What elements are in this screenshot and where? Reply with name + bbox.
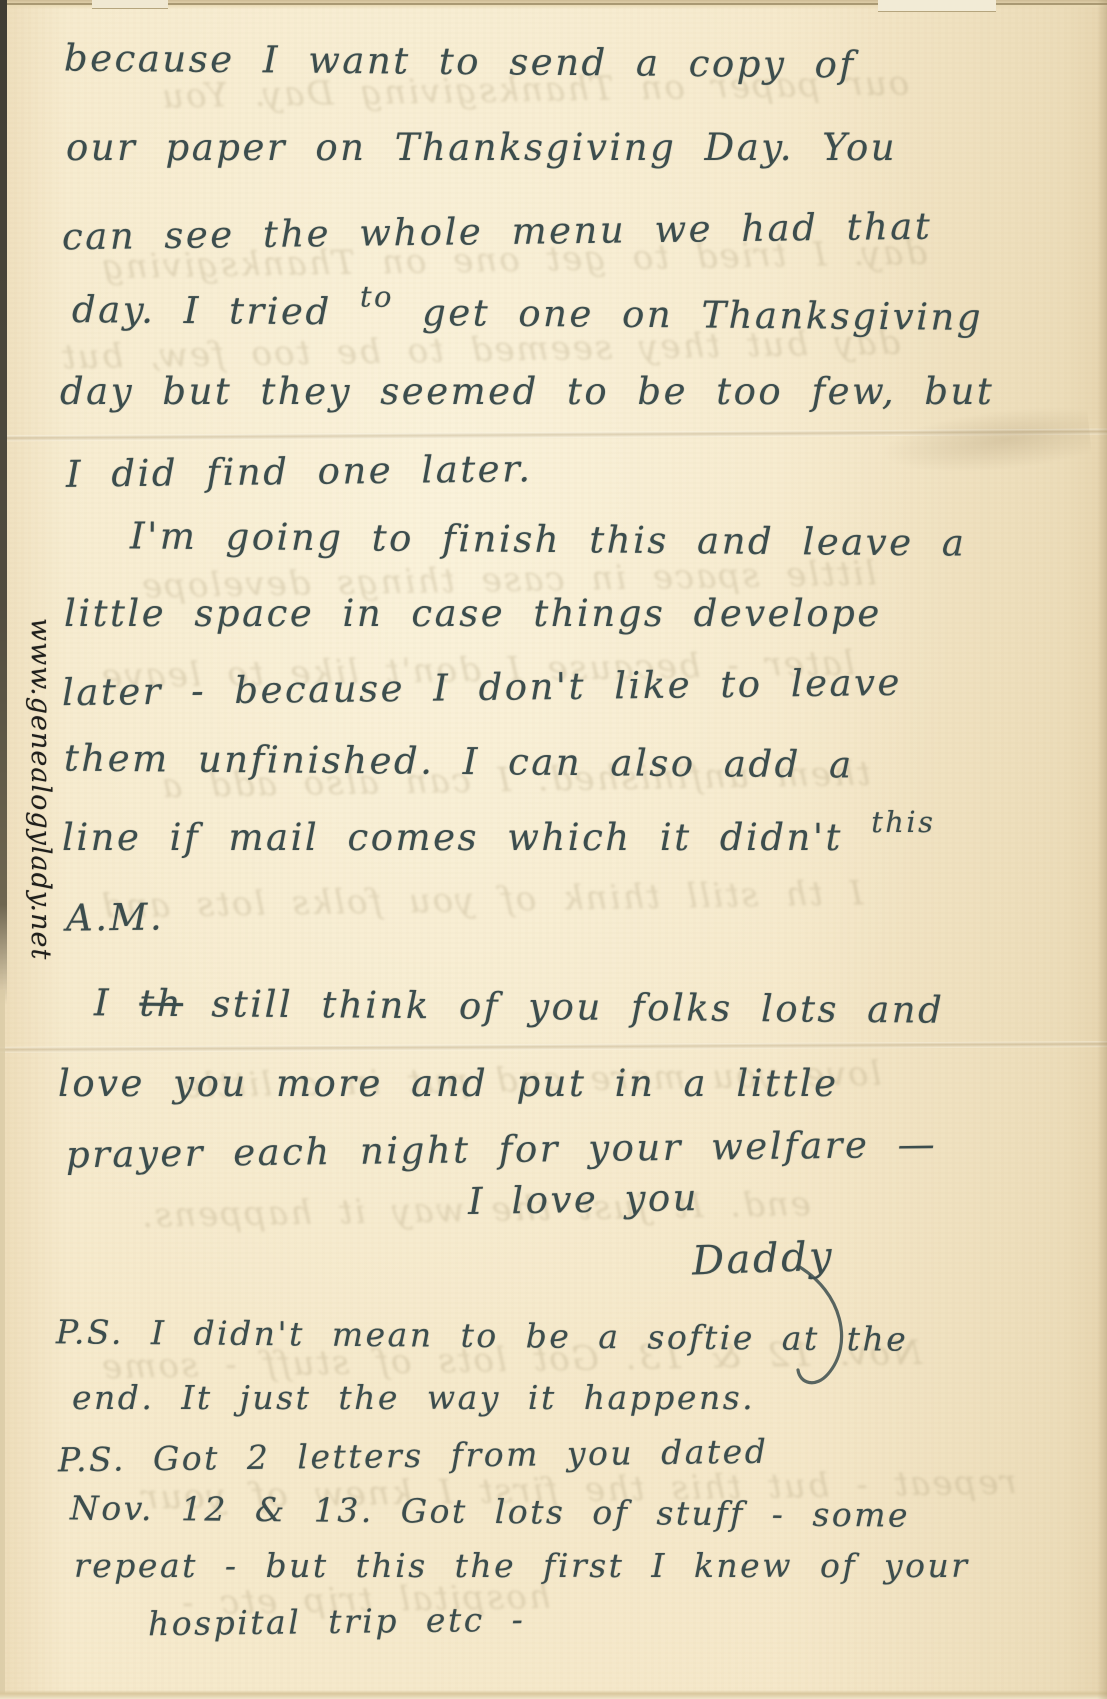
letter-line: our paper on Thanksgiving Day. You [66,126,897,169]
letter-line: them unfinished. I can also add a [64,737,854,787]
letter-page: our paper on Thanksgiving Day. Youday. I… [0,0,1107,1699]
closing-love-line: I love you [468,1176,700,1223]
inserted-word: this [871,805,935,839]
letter-line: little space in case things develope [64,592,882,635]
letter-line: I'm going to finish this and leave a [130,514,967,564]
letter-line: can see the whole menu we had that [62,205,933,259]
letter-line: repeat - but this the first I knew of yo… [74,1546,970,1585]
letter-line: line if mail comes which it didn't this [62,816,935,859]
inserted-word: to [360,280,394,314]
struck-word: th [139,982,183,1025]
letter-line: day. I tried to get one on Thanksgiving [72,288,983,339]
letter-line: because I want to send a copy of [64,37,856,87]
letter-line: P.S. Got 2 letters from you dated [58,1432,769,1480]
signature-flourish [792,1262,866,1400]
letter-line: hospital trip etc - [148,1600,526,1644]
letter-line: A.M. [66,895,165,939]
letter-line: P.S. I didn't mean to be a softie at the [56,1312,909,1358]
letter-line: I th still think of you folks lots and [94,981,945,1031]
letter-line: end. It just the way it happens. [72,1378,755,1417]
letter-line: love you more and put in a little [58,1062,839,1105]
letter-line: day but they seemed to be too few, but [60,370,994,413]
letter-line: I did find one later. [66,447,533,496]
letter-line: prayer each night for your welfare — [66,1123,938,1177]
letter-body: because I want to send a copy ofour pape… [0,0,1107,1699]
letter-line: later - because I don't like to leave [62,661,902,714]
letter-line: Nov. 12 & 13. Got lots of stuff - some [70,1488,910,1534]
